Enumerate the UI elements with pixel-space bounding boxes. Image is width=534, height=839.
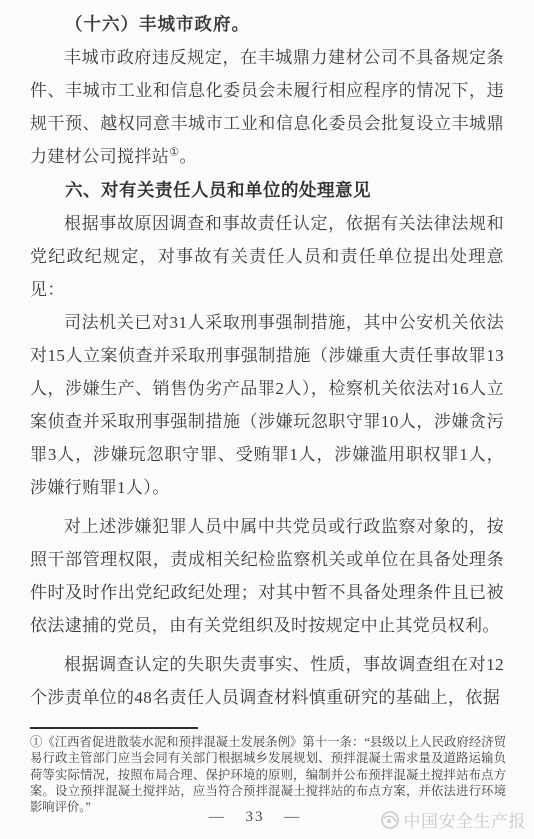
intro-paragraph: 丰城市政府违反规定，在丰城鼎力建材公司不具备规定条件、丰城市工业和信息化委员会未… [30, 41, 504, 173]
document-page: （十六）丰城市政府。 丰城市政府违反规定，在丰城鼎力建材公司不具备规定条件、丰城… [0, 0, 534, 839]
document-content: （十六）丰城市政府。 丰城市政府违反规定，在丰城鼎力建材公司不具备规定条件、丰城… [30, 8, 504, 714]
footnote-area: ①《江西省促进散装水泥和预拌混凝土发展条例》第十一条：“县级以上人民政府经济贸易… [30, 727, 506, 815]
paragraph-handling-opinions-basis: 根据事故原因调查和事故责任认定，依据有关法律法规和党纪政纪规定，对事故有关责任人… [30, 207, 504, 306]
intro-paragraph-text: 丰城市政府违反规定，在丰城鼎力建材公司不具备规定条件、丰城市工业和信息化委员会未… [30, 48, 504, 166]
china-safety-production-news-logo-icon [380, 810, 400, 830]
intro-paragraph-end: 。 [179, 147, 196, 166]
paragraph-investigation-basis: 根据调查认定的失职失责事实、性质，事故调查组在对12个涉责单位的48名责任人员调… [30, 648, 504, 714]
page-footer: — 33 — 中国安全生产报 [0, 807, 534, 833]
footnote-reference-mark: ① [169, 146, 179, 158]
watermark: 中国安全生产报 [380, 807, 527, 832]
paragraph-party-discipline: 对上述涉嫌犯罪人员中属中共党员或行政监察对象的，按照干部管理权限，责成相关纪检监… [30, 510, 504, 642]
watermark-text: 中国安全生产报 [404, 807, 527, 832]
section-heading: 六、对有关责任人员和单位的处理意见 [30, 173, 504, 207]
paragraph-criminal-measures: 司法机关已对31人采取刑事强制措施，其中公安机关依法对15人立案侦查并采取刑事强… [30, 306, 504, 504]
subsection-heading: （十六）丰城市政府。 [30, 8, 504, 41]
footnote-separator [30, 727, 198, 729]
footnote-text: ①《江西省促进散装水泥和预拌混凝土发展条例》第十一条：“县级以上人民政府经济贸易… [30, 734, 506, 815]
